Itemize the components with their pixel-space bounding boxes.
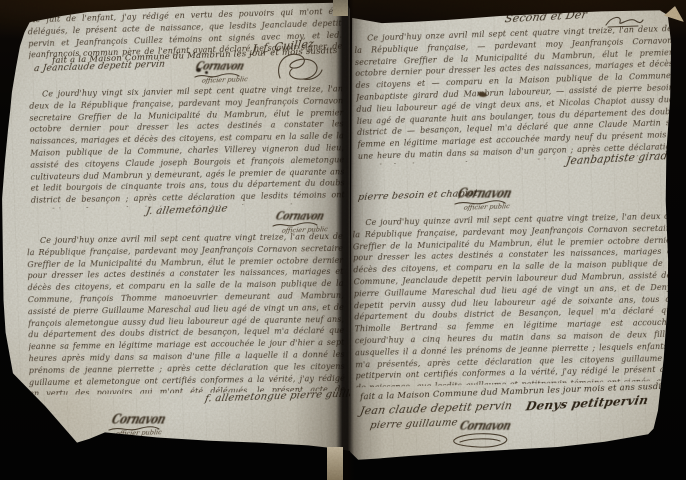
cornavon-underline-flourish-icon	[272, 221, 318, 229]
right-page: Second et Der Ce jourd'huy onze avril mi…	[348, 0, 686, 472]
cornavon-role-4: officier public	[463, 202, 510, 212]
left-page: été fait de l'enfant, j'ay rédigé en ver…	[0, 0, 350, 462]
right-page-header: Second et Der	[504, 8, 589, 25]
register-scan: été fait de l'enfant, j'ay rédigé en ver…	[0, 0, 686, 480]
cornavon-signature-5: Cornavon	[458, 420, 512, 434]
gutter-shadow	[336, 0, 354, 480]
left-entry-2: Ce jourd'huy vingt six janvier mil sept …	[29, 83, 345, 208]
header-paraph-flourish-icon	[604, 14, 644, 30]
cornavon-role-2: officier public	[281, 225, 328, 235]
denys-petitpervin-signature: Denys petitpervin	[525, 393, 650, 414]
cornavon-role-1: officier public	[201, 75, 248, 85]
cornavon-oval-paraph-flourish-icon	[448, 430, 512, 450]
right-made-at-line: fait a la Maison Commune dud Mambrun les…	[360, 382, 670, 403]
left-entry-3: Ce jourd'huy onze avril mil sept cent qu…	[27, 231, 345, 395]
cornavon-signature-1: Cornavon	[194, 60, 245, 74]
left-made-at-line: fait a la Maison Commune du Mambrun les …	[52, 46, 338, 66]
cornavon-underline-flourish-icon	[454, 199, 506, 207]
cornavon-signature-2: Cornavon	[274, 210, 325, 224]
cornavon-underline-flourish-icon	[108, 425, 160, 433]
binding-tab-bottom	[327, 447, 343, 480]
left-previous-act-fragment: été fait de l'enfant, j'ay rédigé en ver…	[27, 6, 342, 62]
girard-signature: Jeanbaptiste girad	[565, 150, 668, 167]
ink-blot	[205, 71, 208, 74]
guillaume-signature: pierre guillaume	[369, 417, 459, 431]
ink-blot	[196, 68, 201, 72]
cornavon-role-3: officier public	[115, 428, 162, 438]
binding-tab-top	[333, 0, 348, 16]
allemetongue-signature-1: J. allemetongue	[145, 204, 228, 218]
cuillez-paraph-flourish-icon	[272, 48, 326, 88]
ink-smudge	[478, 91, 488, 97]
right-entry-2: Ce jourd'huy quinze avril mil sept cent …	[352, 211, 677, 388]
cuillez-signature: J. f. Cuillez	[251, 37, 315, 56]
cornavon-signature-3: Cornavon	[110, 413, 167, 428]
cornavon-signature-4: Cornavon	[456, 187, 513, 202]
right-entry-1: Ce jourd'huy onze avril mil sept cent qu…	[354, 23, 676, 165]
besoin-chapiot-signatures: pierre besoin et chapiot	[357, 188, 478, 203]
deposit-line: a Jeanclaude depetit pervin	[33, 60, 165, 75]
cornavon-underline-flourish-icon	[194, 72, 240, 80]
petitpervin-signature: Jean claude depetit pervin	[359, 399, 513, 417]
